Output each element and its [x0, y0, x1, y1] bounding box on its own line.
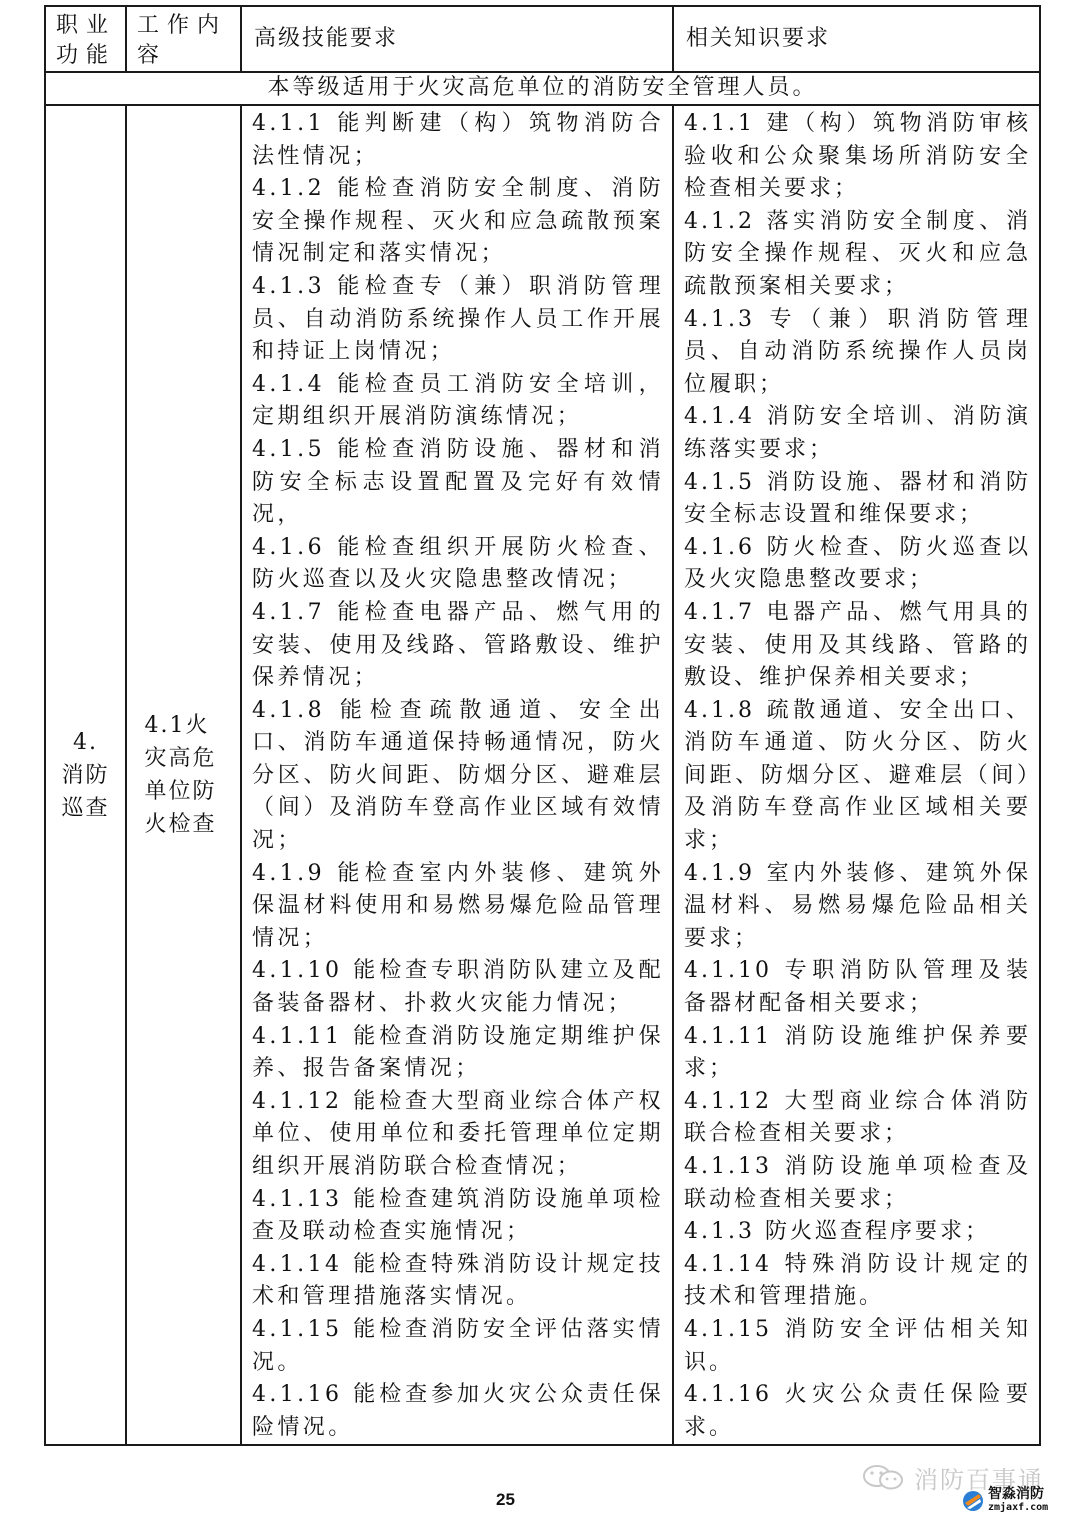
list-item: 4.1.14 能检查特殊消防设计规定技术和管理措施落实情况。 — [252, 1249, 664, 1314]
list-item: 4.1.4 消防安全培训、消防演练落实要求； — [684, 401, 1031, 466]
wechat-icon — [862, 1464, 908, 1492]
logo-name: 智淼消防 — [988, 1487, 1048, 1501]
list-item: 4.1.11 能检查消防设施定期维护保养、报告备案情况； — [252, 1021, 664, 1086]
list-item: 4.1.14 特殊消防设计规定的技术和管理措施。 — [684, 1249, 1031, 1314]
header-content: 工作内容 — [126, 6, 241, 72]
list-item: 4.1.1 能判断建（构）筑物消防合法性情况； — [252, 108, 664, 173]
list-item: 4.1.4 能检查员工消防安全培训，定期组织开展消防演练情况； — [252, 369, 664, 434]
list-item: 4.1.9 能检查室内外装修、建筑外保温材料使用和易燃易爆危险品管理情况； — [252, 858, 664, 956]
header-function: 职业功能 — [45, 6, 126, 72]
list-item: 4.1.8 疏散通道、安全出口、消防车通道、防火分区、防火间距、防烟分区、避难层… — [684, 695, 1031, 858]
list-item: 4.1.12 能检查大型商业综合体产权单位、使用单位和委托管理单位定期组织开展消… — [252, 1086, 664, 1184]
list-item: 4.1.13 消防设施单项检查及联动检查相关要求； — [684, 1151, 1031, 1216]
content-cell: 4.1火灾高危单位防火检查 — [126, 105, 241, 1445]
knowledge-list: 4.1.1 建（构）筑物消防审核验收和公众聚集场所消防安全检查相关要求； 4.1… — [674, 106, 1039, 1444]
list-item: 4.1.12 大型商业综合体消防联合检查相关要求； — [684, 1086, 1031, 1151]
competency-table: 职业功能 工作内容 高级技能要求 相关知识要求 本等级适用于火灾高危单位的消防安… — [44, 5, 1041, 1446]
list-item: 4.1.6 能检查组织开展防火检查、防火巡查以及火灾隐患整改情况； — [252, 532, 664, 597]
list-item: 4.1.6 防火检查、防火巡查以及火灾隐患整改要求； — [684, 532, 1031, 597]
skill-list: 4.1.1 能判断建（构）筑物消防合法性情况； 4.1.2 能检查消防安全制度、… — [242, 106, 672, 1444]
list-item: 4.1.5 消防设施、器材和消防安全标志设置和维保要求； — [684, 467, 1031, 532]
function-cell: 4. 消防巡查 — [45, 105, 126, 1445]
header-knowledge: 相关知识要求 — [673, 6, 1040, 72]
list-item: 4.1.8 能检查疏散通道、安全出口、消防车通道保持畅通情况，防火分区、防火间距… — [252, 695, 664, 858]
list-item: 4.1.13 能检查建筑消防设施单项检查及联动检查实施情况； — [252, 1184, 664, 1249]
list-item: 4.1.16 火灾公众责任保险要求。 — [684, 1379, 1031, 1444]
header-skill: 高级技能要求 — [241, 6, 673, 72]
page-number: 25 — [496, 1490, 515, 1510]
list-item: 4.1.11 消防设施维护保养要求； — [684, 1021, 1031, 1086]
list-item: 4.1.3 专（兼）职消防管理员、自动消防系统操作人员岗位履职； — [684, 304, 1031, 402]
list-item: 4.1.9 室内外装修、建筑外保温材料、易燃易爆危险品相关要求； — [684, 858, 1031, 956]
list-item: 4.1.16 能检查参加火灾公众责任保险情况。 — [252, 1379, 664, 1444]
skill-requirements-cell: 4.1.1 能判断建（构）筑物消防合法性情况； 4.1.2 能检查消防安全制度、… — [241, 105, 673, 1445]
scope-row: 本等级适用于火灾高危单位的消防安全管理人员。 — [45, 72, 1040, 105]
list-item: 4.1.15 消防安全评估相关知识。 — [684, 1314, 1031, 1379]
table-header-row: 职业功能 工作内容 高级技能要求 相关知识要求 — [45, 6, 1040, 72]
site-logo: 智淼消防 zmjaxf.com — [962, 1487, 1048, 1515]
function-number: 4. — [73, 730, 98, 755]
knowledge-requirements-cell: 4.1.1 建（构）筑物消防审核验收和公众聚集场所消防安全检查相关要求； 4.1… — [673, 105, 1040, 1445]
list-item: 4.1.5 能检查消防设施、器材和消防安全标志设置配置及完好有效情况， — [252, 434, 664, 532]
function-name: 消防巡查 — [61, 763, 109, 821]
list-item: 4.1.7 电器产品、燃气用具的安装、使用及其线路、管路的敷设、维护保养相关要求… — [684, 597, 1031, 695]
list-item: 4.1.3 能检查专（兼）职消防管理员、自动消防系统操作人员工作开展和持证上岗情… — [252, 271, 664, 369]
list-item: 4.1.2 能检查消防安全制度、消防安全操作规程、灭火和应急疏散预案情况制定和落… — [252, 173, 664, 271]
logo-url: zmjaxf.com — [988, 1501, 1048, 1515]
scope-note: 本等级适用于火灾高危单位的消防安全管理人员。 — [45, 72, 1040, 105]
list-item: 4.1.10 能检查专职消防队建立及配备装备器材、扑救火灾能力情况； — [252, 955, 664, 1020]
list-item: 4.1.1 建（构）筑物消防审核验收和公众聚集场所消防安全检查相关要求； — [684, 108, 1031, 206]
list-item: 4.1.2 落实消防安全制度、消防安全操作规程、灭火和应急疏散预案相关要求； — [684, 206, 1031, 304]
content-number: 4.1 — [145, 713, 186, 738]
table-row: 4. 消防巡查 4.1火灾高危单位防火检查 4.1.1 能判断建（构）筑物消防合… — [45, 105, 1040, 1445]
zm-logo-icon — [962, 1490, 984, 1512]
list-item: 4.1.3 防火巡查程序要求； — [684, 1216, 1031, 1249]
list-item: 4.1.10 专职消防队管理及装备器材配备相关要求； — [684, 955, 1031, 1020]
list-item: 4.1.15 能检查消防安全评估落实情况。 — [252, 1314, 664, 1379]
list-item: 4.1.7 能检查电器产品、燃气用的安装、使用及线路、管路敷设、维护保养情况； — [252, 597, 664, 695]
